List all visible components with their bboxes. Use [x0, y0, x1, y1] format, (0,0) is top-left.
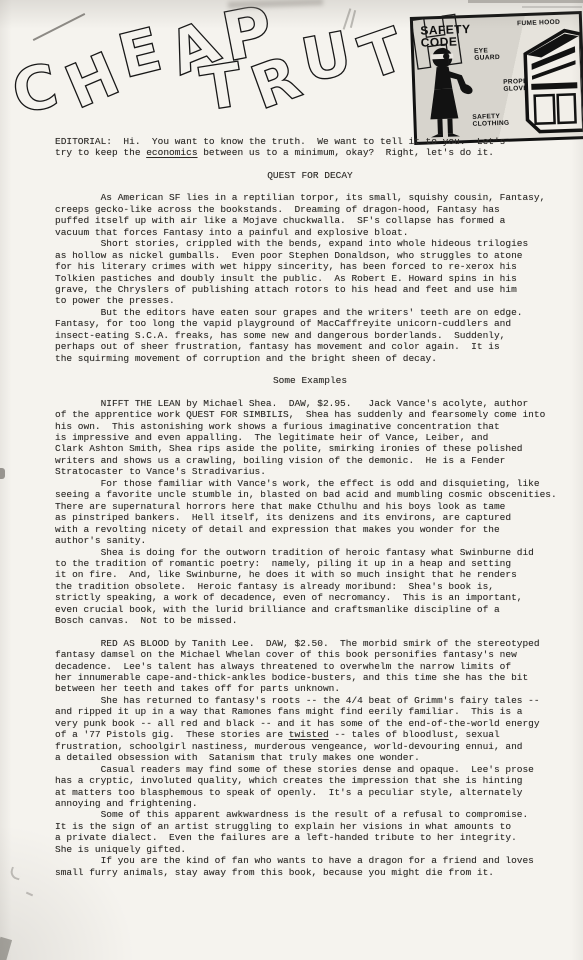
paragraph: Some of this apparent awkwardness is the…	[55, 809, 565, 855]
paragraph: For those familiar with Vance's work, th…	[55, 478, 565, 547]
scan-corner-mark	[0, 937, 12, 960]
pencil-mark	[26, 892, 33, 897]
paragraph: NIFFT THE LEAN by Michael Shea. DAW, $2.…	[55, 398, 565, 478]
paragraph: As American SF lies in a reptilian torpo…	[55, 192, 565, 238]
masthead: CHEAP TRUTH	[0, 0, 583, 150]
paragraph: But the editors have eaten sour grapes a…	[55, 307, 565, 364]
paragraph: Casual readers may find some of these st…	[55, 764, 565, 810]
paragraph: RED AS BLOOD by Tanith Lee. DAW, $2.50. …	[55, 638, 565, 695]
scan-mark	[0, 468, 5, 479]
pencil-mark	[9, 867, 23, 881]
paragraph: Shea is doing for the outworn tradition …	[55, 547, 565, 627]
section-heading: QUEST FOR DECAY	[55, 170, 565, 181]
document-body: EDITORIAL: Hi. You want to know the trut…	[55, 136, 565, 878]
paragraph: Short stories, crippled with the bends, …	[55, 238, 565, 307]
paragraph: She has returned to fantasy's roots -- t…	[55, 695, 565, 764]
zine-page: CHEAP TRUTH SAFETYCODE FUME HOOD EYE GUA…	[0, 0, 583, 960]
section-heading: Some Examples	[55, 375, 565, 386]
paragraph: If you are the kind of fan who wants to …	[55, 855, 565, 878]
